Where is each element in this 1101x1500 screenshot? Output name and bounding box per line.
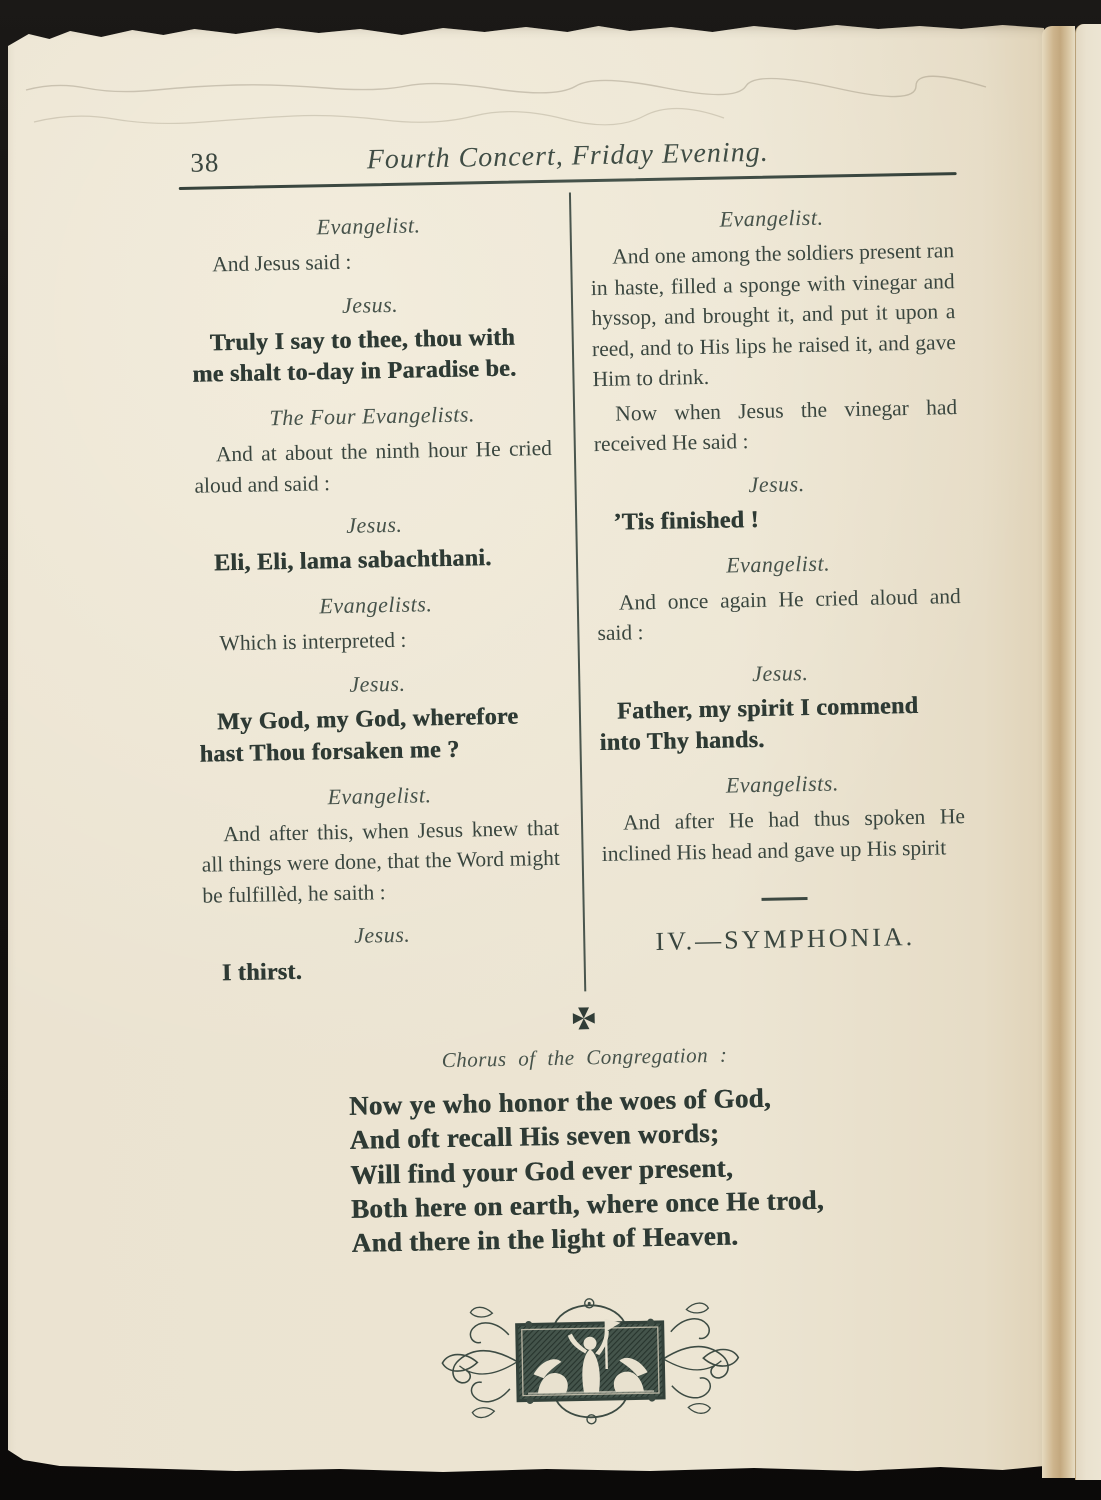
- body-paragraph: Which is interpreted :: [197, 622, 556, 659]
- speaker-label: Jesus.: [594, 468, 958, 501]
- printed-content: 38 Fourth Concert, Friday Evening. Evang…: [178, 133, 981, 1443]
- symphonia-heading: IV.—SYMPHONIA.: [603, 921, 967, 958]
- paper-scuff-marks: [20, 70, 1000, 140]
- body-paragraph: And one among the soldiers present ran i…: [590, 235, 957, 395]
- page-number: 38: [190, 147, 220, 179]
- maltese-cross-icon: [573, 1007, 595, 1029]
- speaker-label: Jesus.: [191, 288, 550, 321]
- body-paragraph: And after this, when Jesus knew that all…: [201, 812, 561, 910]
- speaker-label: Evangelist.: [200, 779, 559, 812]
- chorus-heading: Chorus of the Congregation :: [195, 1038, 973, 1078]
- speaker-label: Evangelists.: [197, 589, 556, 622]
- body-paragraph: And once again He cried aloud and said :: [597, 581, 962, 649]
- blackletter-line: I thirst.: [204, 952, 563, 991]
- body-paragraph: And after He had thus spoken He inclined…: [601, 801, 966, 869]
- page-header: 38 Fourth Concert, Friday Evening.: [178, 133, 956, 180]
- chorus-section: Chorus of the Congregation : Now ye who …: [195, 1000, 981, 1443]
- book-page-edges: [1042, 26, 1075, 1478]
- speaker-label: Evangelists.: [600, 768, 964, 801]
- resurrection-vignette-illustration: [434, 1283, 747, 1439]
- blackletter-line: Truly I say to thee, thou with me shalt …: [191, 321, 550, 392]
- speaker-label: Jesus.: [198, 668, 557, 701]
- speaker-label: The Four Evangelists.: [193, 400, 552, 433]
- speaker-label: Evangelist.: [596, 548, 960, 581]
- left-column: Evangelist. And Jesus said : Jesus. Trul…: [179, 192, 586, 998]
- blackletter-line: Father, my spirit I commend into Thy han…: [599, 690, 964, 761]
- speaker-label: Evangelist.: [589, 202, 953, 235]
- right-column: Evangelist. And one among the soldiers p…: [571, 185, 972, 991]
- section-divider-rule: [762, 897, 808, 901]
- blackletter-line: ’Tis finished !: [595, 501, 959, 540]
- speaker-label: Jesus.: [598, 657, 962, 690]
- blackletter-line: My God, my God, wherefore hast Thou fors…: [199, 701, 558, 772]
- speaker-label: Evangelist.: [189, 210, 548, 243]
- body-paragraph: And at about the ninth hour He cried alo…: [194, 433, 553, 501]
- speaker-label: Jesus.: [195, 509, 554, 542]
- photographed-book-spread: 38 Fourth Concert, Friday Evening. Evang…: [0, 0, 1101, 1500]
- speaker-label: Jesus.: [203, 919, 562, 952]
- blackletter-line: Eli, Eli, lama sabachthani.: [196, 542, 555, 581]
- program-page: 38 Fourth Concert, Friday Evening. Evang…: [8, 22, 1044, 1474]
- underlying-page-edge: [1075, 24, 1101, 1480]
- body-paragraph: Now when Jesus the vinegar had received …: [593, 392, 958, 460]
- body-paragraph: And Jesus said :: [190, 243, 549, 280]
- chorus-verse: Now ye who honor the woes of God, And of…: [349, 1080, 825, 1260]
- two-column-text: Evangelist. And Jesus said : Jesus. Trul…: [179, 185, 972, 999]
